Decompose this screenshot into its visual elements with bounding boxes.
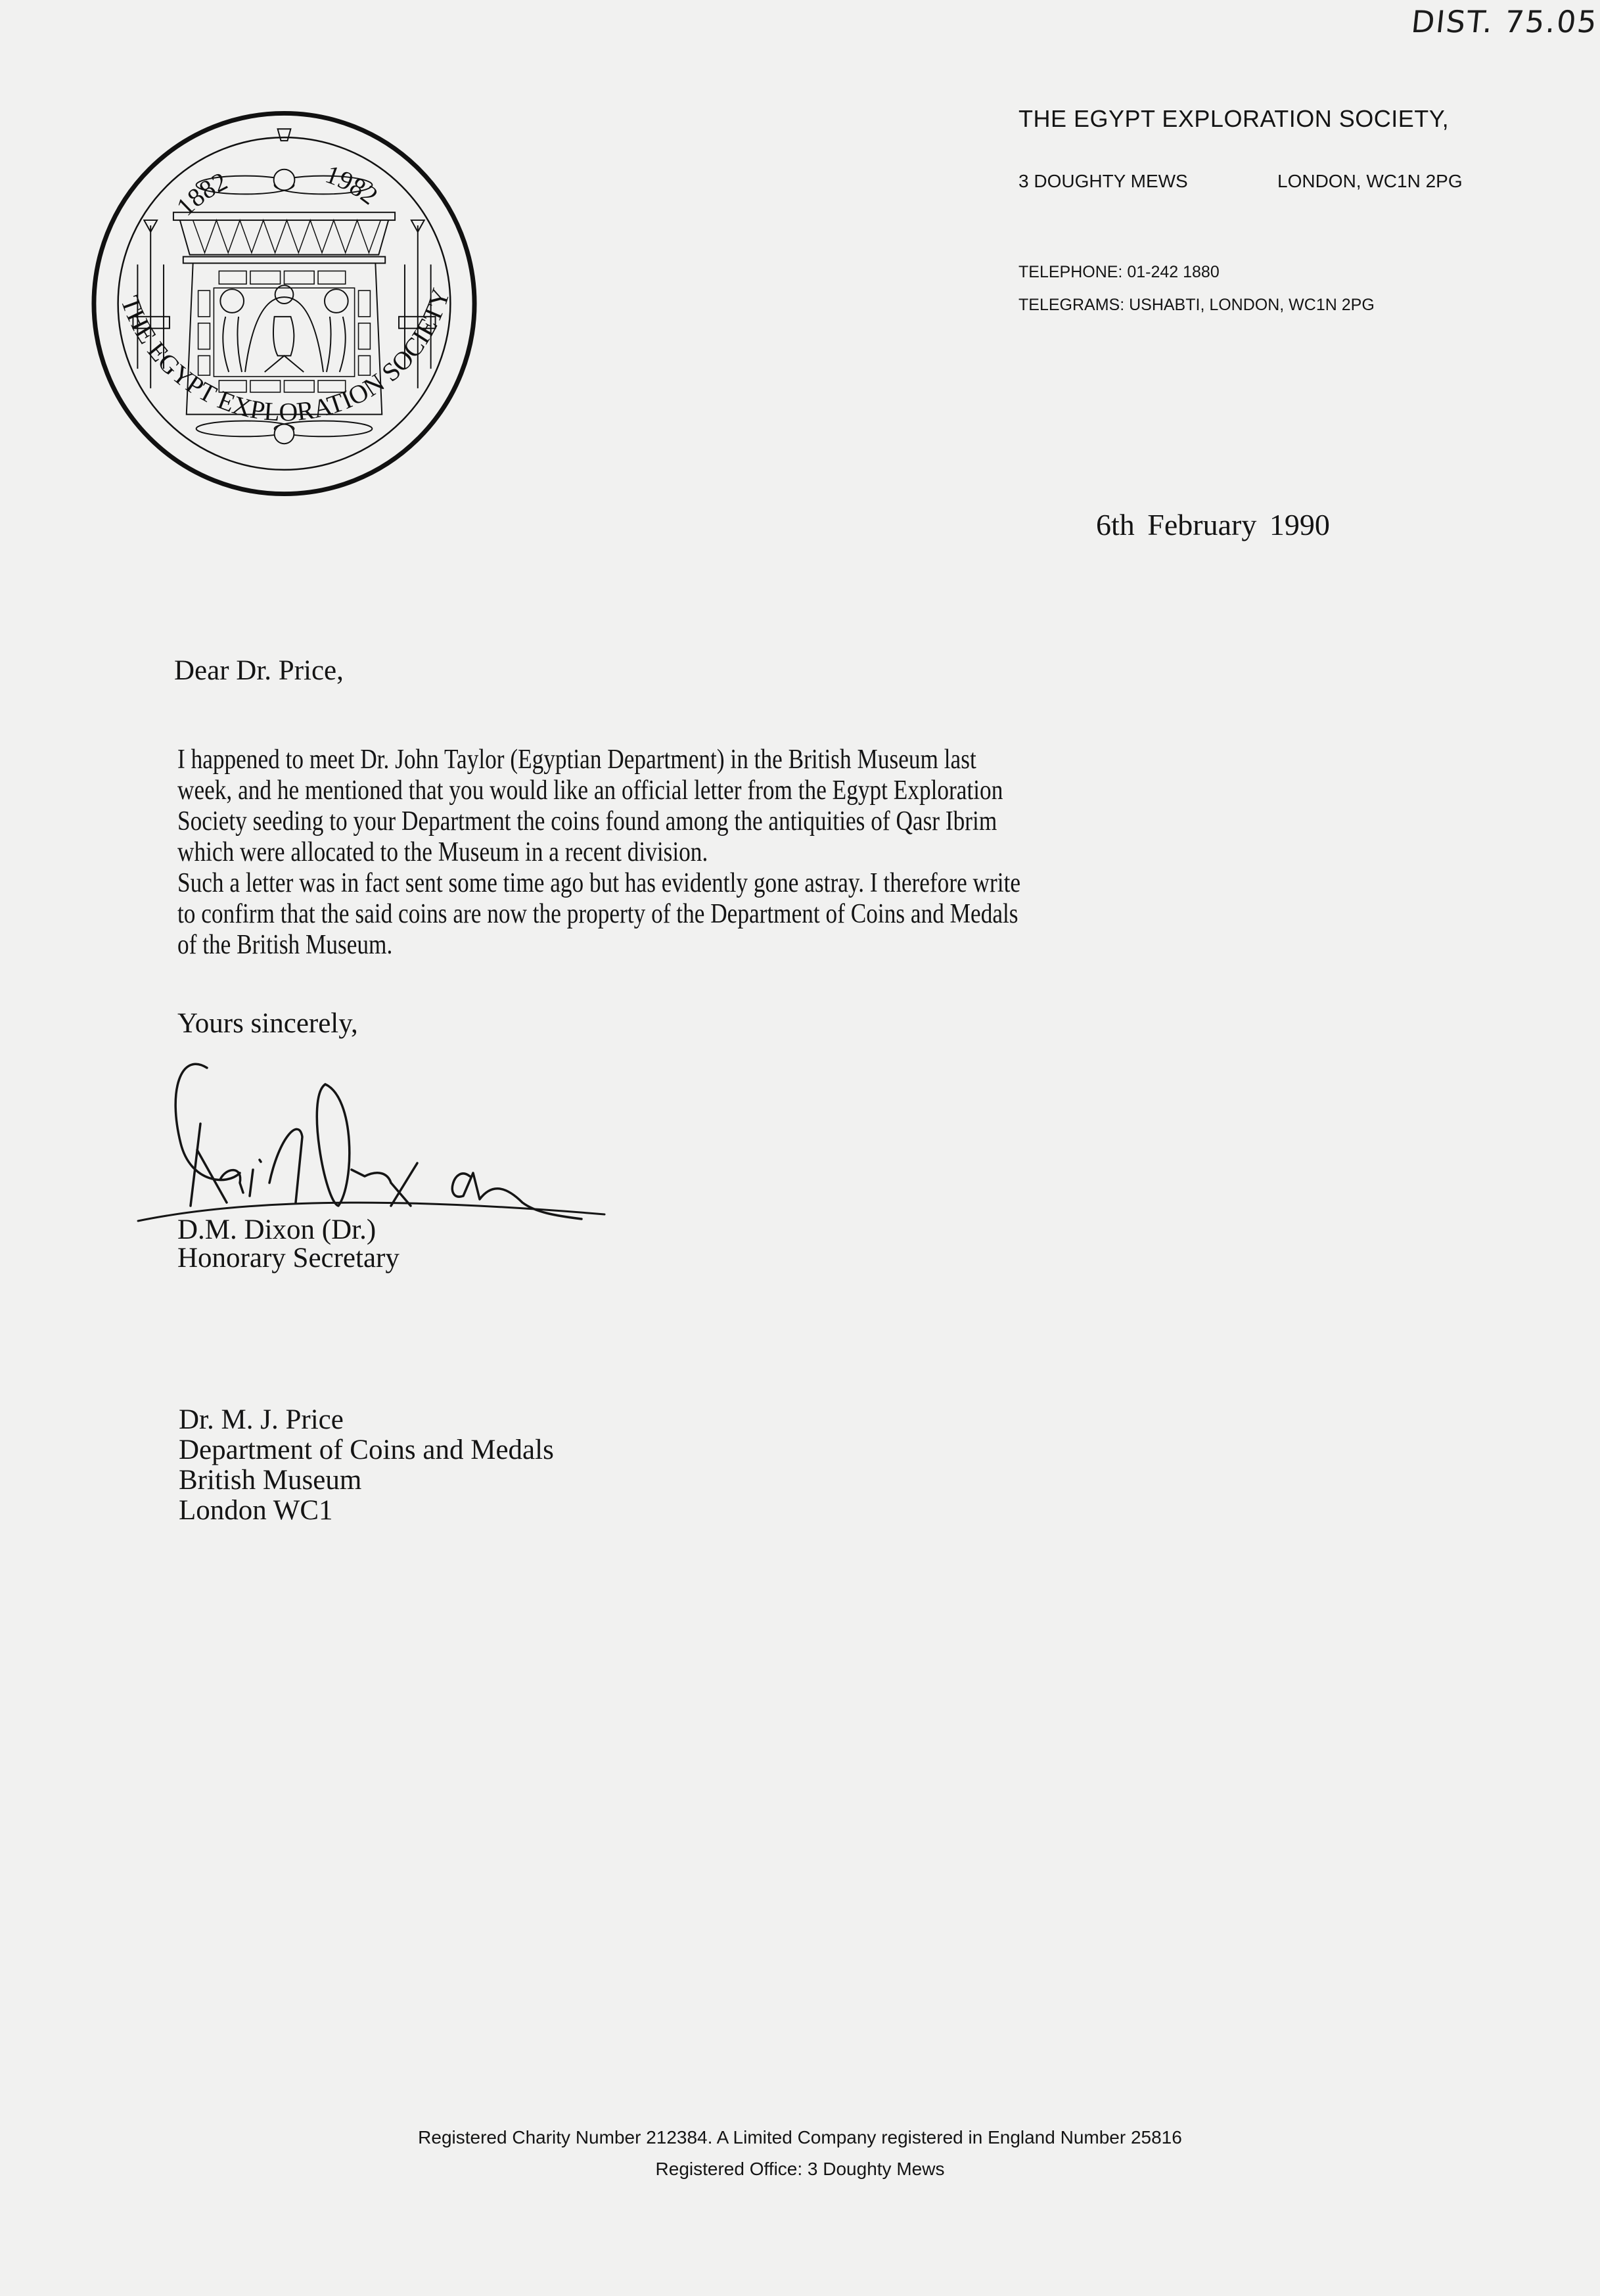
body-line: to confirm that the said coins are now t… bbox=[177, 899, 1187, 930]
closing: Yours sincerely, bbox=[177, 1007, 358, 1040]
footer-registration: Registered Charity Number 212384. A Limi… bbox=[0, 2127, 1600, 2148]
letter-date: 6th February 1990 bbox=[1096, 507, 1330, 542]
recipient-address: Dr. M. J. Price Department of Coins and … bbox=[179, 1405, 554, 1526]
body-paragraph-2: Such a letter was in fact sent some time… bbox=[177, 868, 1380, 961]
letterhead-street: 3 DOUGHTY MEWS bbox=[1018, 171, 1188, 192]
recipient-institution: British Museum bbox=[179, 1465, 554, 1496]
society-seal-emblem-icon: 1882 1982 THE EGYPT EXPLORATION SOCIETY bbox=[89, 106, 480, 501]
signatory-title: Honorary Secretary bbox=[177, 1242, 400, 1274]
body-paragraph-1: I happened to meet Dr. John Taylor (Egyp… bbox=[177, 745, 1380, 868]
body-line: Such a letter was in fact sent some time… bbox=[177, 868, 1187, 899]
letterhead-telephone: TELEPHONE: 01-242 1880 bbox=[1018, 263, 1220, 282]
recipient-department: Department of Coins and Medals bbox=[179, 1435, 554, 1465]
body-line: I happened to meet Dr. John Taylor (Egyp… bbox=[177, 745, 1187, 775]
organization-name: THE EGYPT EXPLORATION SOCIETY, bbox=[1018, 105, 1449, 133]
recipient-city: London WC1 bbox=[179, 1496, 554, 1526]
salutation: Dear Dr. Price, bbox=[174, 654, 344, 687]
signatory-name: D.M. Dixon (Dr.) bbox=[177, 1214, 376, 1246]
body-line: which were allocated to the Museum in a … bbox=[177, 837, 1187, 868]
body-line: Society seeding to your Department the c… bbox=[177, 806, 1187, 837]
letterhead-telegrams: TELEGRAMS: USHABTI, LONDON, WC1N 2PG bbox=[1018, 296, 1375, 315]
handwritten-reference: DIST. 75.05 bbox=[1409, 4, 1599, 39]
letterhead-city: LONDON, WC1N 2PG bbox=[1277, 171, 1463, 192]
handwritten-signature bbox=[128, 1051, 611, 1232]
emblem-year-end: 1982 bbox=[322, 160, 384, 211]
footer-registered-office: Registered Office: 3 Doughty Mews bbox=[0, 2159, 1600, 2180]
body-line: of the British Museum. bbox=[177, 930, 1187, 961]
recipient-name: Dr. M. J. Price bbox=[179, 1405, 554, 1435]
body-line: week, and he mentioned that you would li… bbox=[177, 775, 1187, 806]
